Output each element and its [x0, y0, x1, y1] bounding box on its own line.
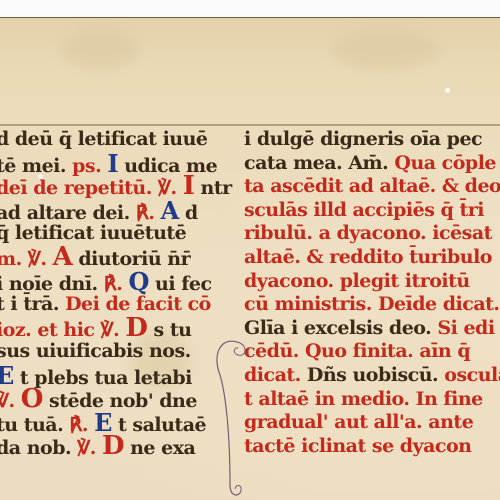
text-line: t i t̄rā. Dei de facit cō: [0, 293, 196, 317]
text-line: m. ℣. A diutoriū n̄r̄: [0, 246, 196, 270]
rubric-text: cū ministris. Deīde dicat.: [244, 293, 500, 315]
rubric-text: tactē iclinat se dyacon: [244, 435, 471, 457]
decorated-initial: Q: [129, 267, 149, 296]
decorated-initial: D: [125, 313, 147, 343]
decorated-initial: I: [183, 171, 195, 201]
text-segment: s tu: [147, 319, 191, 341]
rubric-text: ℟.: [69, 414, 94, 436]
text-line: tē mei. ps. I udica me: [0, 152, 196, 176]
text-line: da nob. ℣. D ne exa: [0, 435, 196, 459]
text-line: altaē. & reddito t̄uribulo: [244, 246, 479, 270]
rubric-text: ℣.: [77, 437, 102, 459]
text-segment: Dñs uobiscū.: [307, 364, 444, 386]
rubric-text: Si edi: [437, 317, 494, 339]
rubric-text: ℣.: [0, 390, 21, 412]
rubric-text: ribulū. a dyacono. icēsat: [244, 222, 492, 244]
pin-hole: [445, 88, 450, 93]
text-segment: i noīe dnī.: [0, 273, 104, 295]
text-line: ta ascēdit ad altaē. & deo: [244, 175, 479, 199]
text-line: sculās illd accipiēs q̄ t̄ri: [244, 199, 479, 223]
text-line: ioz. et hic ℣. D s tu: [0, 317, 196, 341]
rubric-text: sculās illd accipiēs q̄ t̄ri: [244, 199, 484, 221]
text-line: ad altare dei. ℟. A d: [0, 199, 196, 223]
text-segment: t i t̄rā.: [0, 293, 65, 315]
rubric-text: m. ℣.: [0, 248, 53, 270]
text-segment: ad altare dei.: [0, 202, 136, 224]
decorated-initial: A: [53, 242, 73, 272]
left-text-column: d deū q̄ letificat iuuētē mei. ps. I udi…: [0, 128, 196, 458]
rubric-text: ioz. et hic ℣.: [0, 319, 125, 341]
text-segment: cata mea. Am̄.: [244, 152, 394, 174]
text-segment: udica me: [118, 155, 217, 177]
text-segment: stēde nob' dne: [43, 390, 197, 412]
decorated-initial: D: [102, 431, 124, 461]
decorated-initial: I: [107, 149, 118, 178]
rubric-text: t altaē in medio. In fine: [244, 388, 483, 410]
rubric-text: cēdū. Quo finita. aīn q̄: [244, 340, 470, 362]
text-line: cēdū. Quo finita. aīn q̄: [244, 340, 479, 364]
rubric-text: gradual' aut all'a. ante: [244, 411, 473, 433]
right-text-column: i dulgē digneris oīa peccata mea. Am̄. Q…: [244, 128, 479, 458]
text-segment: d deū q̄ letificat iuuē: [0, 128, 208, 150]
decorated-initial: E: [0, 361, 14, 390]
text-line: tu tuā. ℟. E t salutaē: [0, 411, 196, 435]
text-line: dyacono. plegit itroitū: [244, 270, 479, 294]
text-line: q̄ letificat iuuētutē: [0, 222, 196, 246]
text-segment: ne exa: [124, 437, 195, 459]
rubric-text: dicat.: [244, 364, 307, 386]
rubric-text: osculā: [444, 364, 500, 386]
text-line: t altaē in medio. In fine: [244, 388, 479, 412]
rubric-text: ta ascēdit ad altaē. & deo: [244, 175, 500, 197]
pen-flourish-ornament: [210, 335, 250, 500]
rubric-text: Qua cōple: [394, 152, 496, 174]
rubric-text: dyacono. plegit itroitū: [244, 270, 470, 292]
rubric-text: ℟.: [104, 273, 129, 295]
fold-crease: [0, 124, 500, 126]
text-line: d deū q̄ letificat iuuē: [0, 128, 196, 152]
decorated-initial: A: [161, 196, 179, 225]
text-segment: i dulgē digneris oīa pec: [244, 128, 482, 150]
text-line: sus uiuificabis nos.: [0, 340, 196, 364]
text-segment: t salutaē: [112, 414, 206, 436]
rubric-text: deī de repetitū. ℣.: [0, 177, 183, 199]
rubric-text: ℟.: [136, 202, 161, 224]
text-line: cū ministris. Deīde dicat.: [244, 293, 479, 317]
text-segment: tē mei.: [0, 155, 72, 177]
text-segment: ntr: [194, 177, 231, 199]
text-segment: sus uiuificabis nos.: [0, 340, 191, 362]
text-segment: d: [179, 202, 198, 224]
text-line: tactē iclinat se dyacon: [244, 435, 479, 459]
text-line: Glīa i excelsis deo. Si edi: [244, 317, 479, 341]
text-line: gradual' aut all'a. ante: [244, 411, 479, 435]
text-line: i noīe dnī. ℟. Q ui fec: [0, 270, 196, 294]
stain: [60, 30, 140, 70]
text-segment: tu tuā.: [0, 414, 69, 436]
text-segment: ui fec: [149, 273, 212, 295]
text-segment: da nob.: [0, 437, 77, 459]
text-line: cata mea. Am̄. Qua cōple: [244, 152, 479, 176]
text-segment: Glīa i excelsis deo.: [244, 317, 437, 339]
rubric-text: altaē. & reddito t̄uribulo: [244, 246, 492, 268]
stain: [330, 30, 440, 70]
text-line: dicat. Dñs uobiscū. osculā: [244, 364, 479, 388]
decorated-initial: O: [21, 384, 43, 414]
text-segment: q̄ letificat iuuētutē: [0, 222, 186, 244]
rubric-text: ps.: [72, 155, 107, 177]
text-line: ribulū. a dyacono. icēsat: [244, 222, 479, 246]
text-line: i dulgē digneris oīa pec: [244, 128, 479, 152]
